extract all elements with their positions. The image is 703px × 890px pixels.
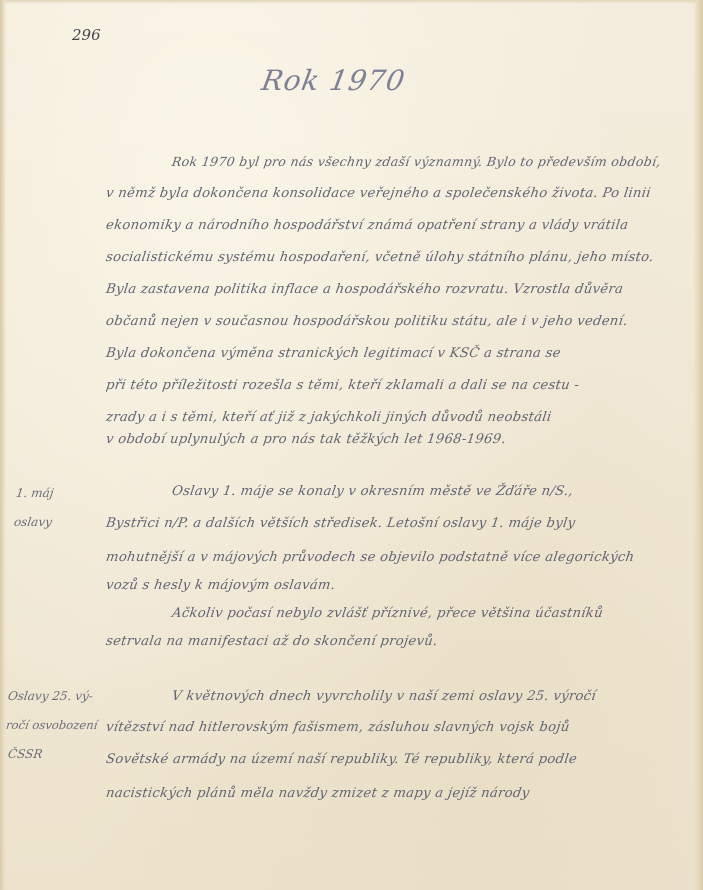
margin-note: Oslavy 25. vý- [7,689,94,703]
text-line: socialistickému systému hospodaření, vče… [105,250,655,265]
text-line: Byla zastavena politika inflace a hospod… [105,282,624,297]
text-line: vozů s hesly k májovým oslavám. [105,578,336,593]
paper-edge-top [0,0,703,4]
text-line: setrvala na manifestaci až do skončení p… [105,634,439,649]
text-line: v období uplynulých a pro nás tak těžkýc… [105,432,507,447]
margin-note: ročí osvobození [5,718,99,732]
text-line: Byla dokončena výměna stranických legiti… [105,346,562,361]
text-line: mohutnější a v májových průvodech se obj… [105,550,635,565]
paper-edge-right [693,0,703,890]
page-title: Rok 1970 [259,64,408,97]
text-line: V květnových dnech vyvrcholily v naší ze… [171,689,597,704]
text-line: vítězství nad hitlerovským fašismem, zás… [105,720,571,735]
text-line: v němž byla dokončena konsolidace veřejn… [105,186,652,201]
text-line: zrady a i s těmi, kteří ať již z jakýchk… [105,410,552,425]
paper-edge-left [0,0,6,890]
text-line: Rok 1970 byl pro nás všechny zdaší význa… [171,154,662,169]
text-line: občanů nejen v současnou hospodářskou po… [105,314,629,329]
text-line: Sovětské armády na území naší republiky.… [105,752,578,767]
margin-note: 1. máj [15,486,54,500]
text-line: při této příležitosti rozešla s těmi, kt… [105,378,580,393]
margin-note: oslavy [13,515,53,529]
text-line: nacistických plánů měla navždy zmizet z … [105,786,530,801]
text-line: Oslavy 1. máje se konaly v okresním měst… [171,484,574,499]
text-line: Ačkoliv počasí nebylo zvlášť příznivé, p… [171,606,604,621]
text-line: ekonomiky a národního hospodářství známá… [105,218,629,233]
margin-note: ČSSR [7,747,43,761]
manuscript-page: 296 Rok 1970 Rok 1970 byl pro nás všechn… [0,0,703,890]
text-line: Bystřici n/P. a dalších větších středise… [105,516,576,531]
page-number: 296 [72,26,101,44]
